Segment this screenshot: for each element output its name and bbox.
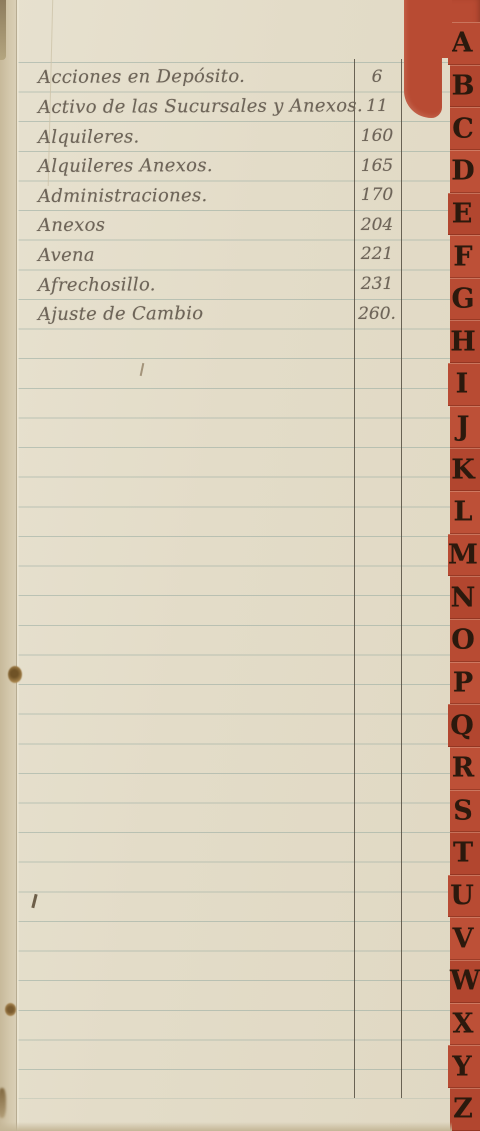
- entry-page-number: 11: [354, 96, 400, 116]
- alphabet-tab: G: [450, 278, 480, 321]
- binding-dark-notch: [0, 0, 6, 60]
- alphabet-tab-letter: K: [450, 456, 476, 483]
- index-entry: Alquileres. 160: [30, 121, 410, 151]
- alphabet-tab-letter: G: [450, 286, 476, 313]
- alphabet-tab-letter: W: [450, 968, 476, 995]
- alphabet-tab-letter: D: [450, 158, 476, 185]
- index-entry: Acciones en Depósito. 6: [30, 62, 410, 92]
- alphabet-tab: V: [450, 917, 480, 960]
- alphabet-tab-letter: U: [448, 883, 476, 910]
- page-crease-highlight: [17, 0, 19, 1131]
- alphabet-tab-letter: O: [450, 627, 476, 654]
- alphabet-tab: H: [450, 320, 480, 363]
- index-entry-list: Acciones en Depósito. 6 Activo de las Su…: [30, 62, 410, 328]
- alphabet-tab: J: [450, 406, 480, 449]
- alphabet-tab: D: [450, 150, 480, 193]
- alphabet-tab-letter: H: [450, 328, 476, 355]
- alphabet-tab: M: [448, 534, 480, 577]
- alphabet-tab-letter: Q: [448, 712, 476, 739]
- alphabet-tab: U: [448, 875, 480, 918]
- entry-page-number: 231: [354, 274, 400, 294]
- alphabet-tab-strip: A B C D E F G H I J K L M N O P: [450, 0, 480, 1131]
- alphabet-tab-letter: S: [450, 797, 476, 824]
- alphabet-tab-letter: L: [450, 499, 476, 526]
- alphabet-tab: C: [450, 107, 480, 150]
- alphabet-tab-letter: C: [450, 115, 476, 142]
- foxing-smudge: [0, 1088, 6, 1118]
- index-entry: Ajuste de Cambio 260.: [30, 299, 410, 329]
- alphabet-tab: W: [450, 960, 480, 1003]
- page-binding-edge: [0, 0, 16, 1131]
- alphabet-tab: F: [450, 235, 480, 278]
- tab-strip-top-spacer: [450, 0, 480, 22]
- alphabet-tab-letter: N: [450, 584, 476, 611]
- entry-page-number: 260.: [354, 304, 400, 324]
- alphabet-tab: P: [450, 662, 480, 705]
- alphabet-tab-letter: I: [448, 371, 476, 398]
- entry-page-number: 170: [354, 185, 400, 205]
- alphabet-tab-letter: A: [448, 30, 476, 57]
- alphabet-tab-letter: P: [450, 669, 476, 696]
- index-entry: Administraciones. 170: [30, 180, 410, 210]
- foxing-spot: [5, 1003, 16, 1016]
- alphabet-tab-letter: R: [450, 755, 476, 782]
- alphabet-tab: A: [448, 22, 480, 65]
- index-entry: Activo de las Sucursales y Anexos. 11: [30, 92, 410, 122]
- index-entry: Alquileres Anexos. 165: [30, 151, 410, 181]
- alphabet-tab-letter: X: [450, 1011, 476, 1038]
- alphabet-tab: X: [450, 1003, 480, 1046]
- alphabet-tab: Z: [450, 1088, 480, 1131]
- alphabet-tab: L: [450, 491, 480, 534]
- index-entry: Avena 221: [30, 240, 410, 270]
- alphabet-tab: I: [448, 363, 480, 406]
- entry-page-number: 6: [354, 67, 400, 87]
- alphabet-tab-letter: M: [448, 542, 476, 569]
- index-entry: Anexos 204: [30, 210, 410, 240]
- alphabet-tab: N: [450, 576, 480, 619]
- alphabet-tab: T: [450, 832, 480, 875]
- alphabet-tab-letter: T: [450, 840, 476, 867]
- alphabet-tab-letter: F: [450, 243, 476, 270]
- foxing-spot: [8, 666, 22, 683]
- alphabet-tab-letter: J: [450, 414, 476, 441]
- alphabet-tab: E: [448, 193, 480, 236]
- alphabet-tab-letter: B: [450, 72, 476, 99]
- alphabet-tab-letter: E: [448, 200, 476, 227]
- alphabet-tab: Q: [448, 704, 480, 747]
- entry-page-number: 160: [354, 126, 400, 146]
- alphabet-tab-letter: Z: [450, 1096, 476, 1123]
- tab-a-overhang-bridge: [436, 0, 452, 58]
- page-bottom-edge-shadow: [0, 1122, 452, 1131]
- entry-page-number: 165: [354, 156, 400, 176]
- entry-page-number: 204: [354, 215, 400, 235]
- index-entry: Afrechosillo. 231: [30, 269, 410, 299]
- alphabet-tab: B: [450, 65, 480, 108]
- alphabet-tab-letter: V: [450, 925, 476, 952]
- alphabet-tab: O: [450, 619, 480, 662]
- ledger-index-page-scan: Acciones en Depósito. 6 Activo de las Su…: [0, 0, 480, 1131]
- alphabet-tab: K: [450, 448, 480, 491]
- alphabet-tab: Y: [448, 1045, 480, 1088]
- entry-page-number: 221: [354, 244, 400, 264]
- alphabet-tab-letter: Y: [448, 1053, 476, 1080]
- alphabet-tab: S: [450, 790, 480, 833]
- alphabet-tab: R: [450, 747, 480, 790]
